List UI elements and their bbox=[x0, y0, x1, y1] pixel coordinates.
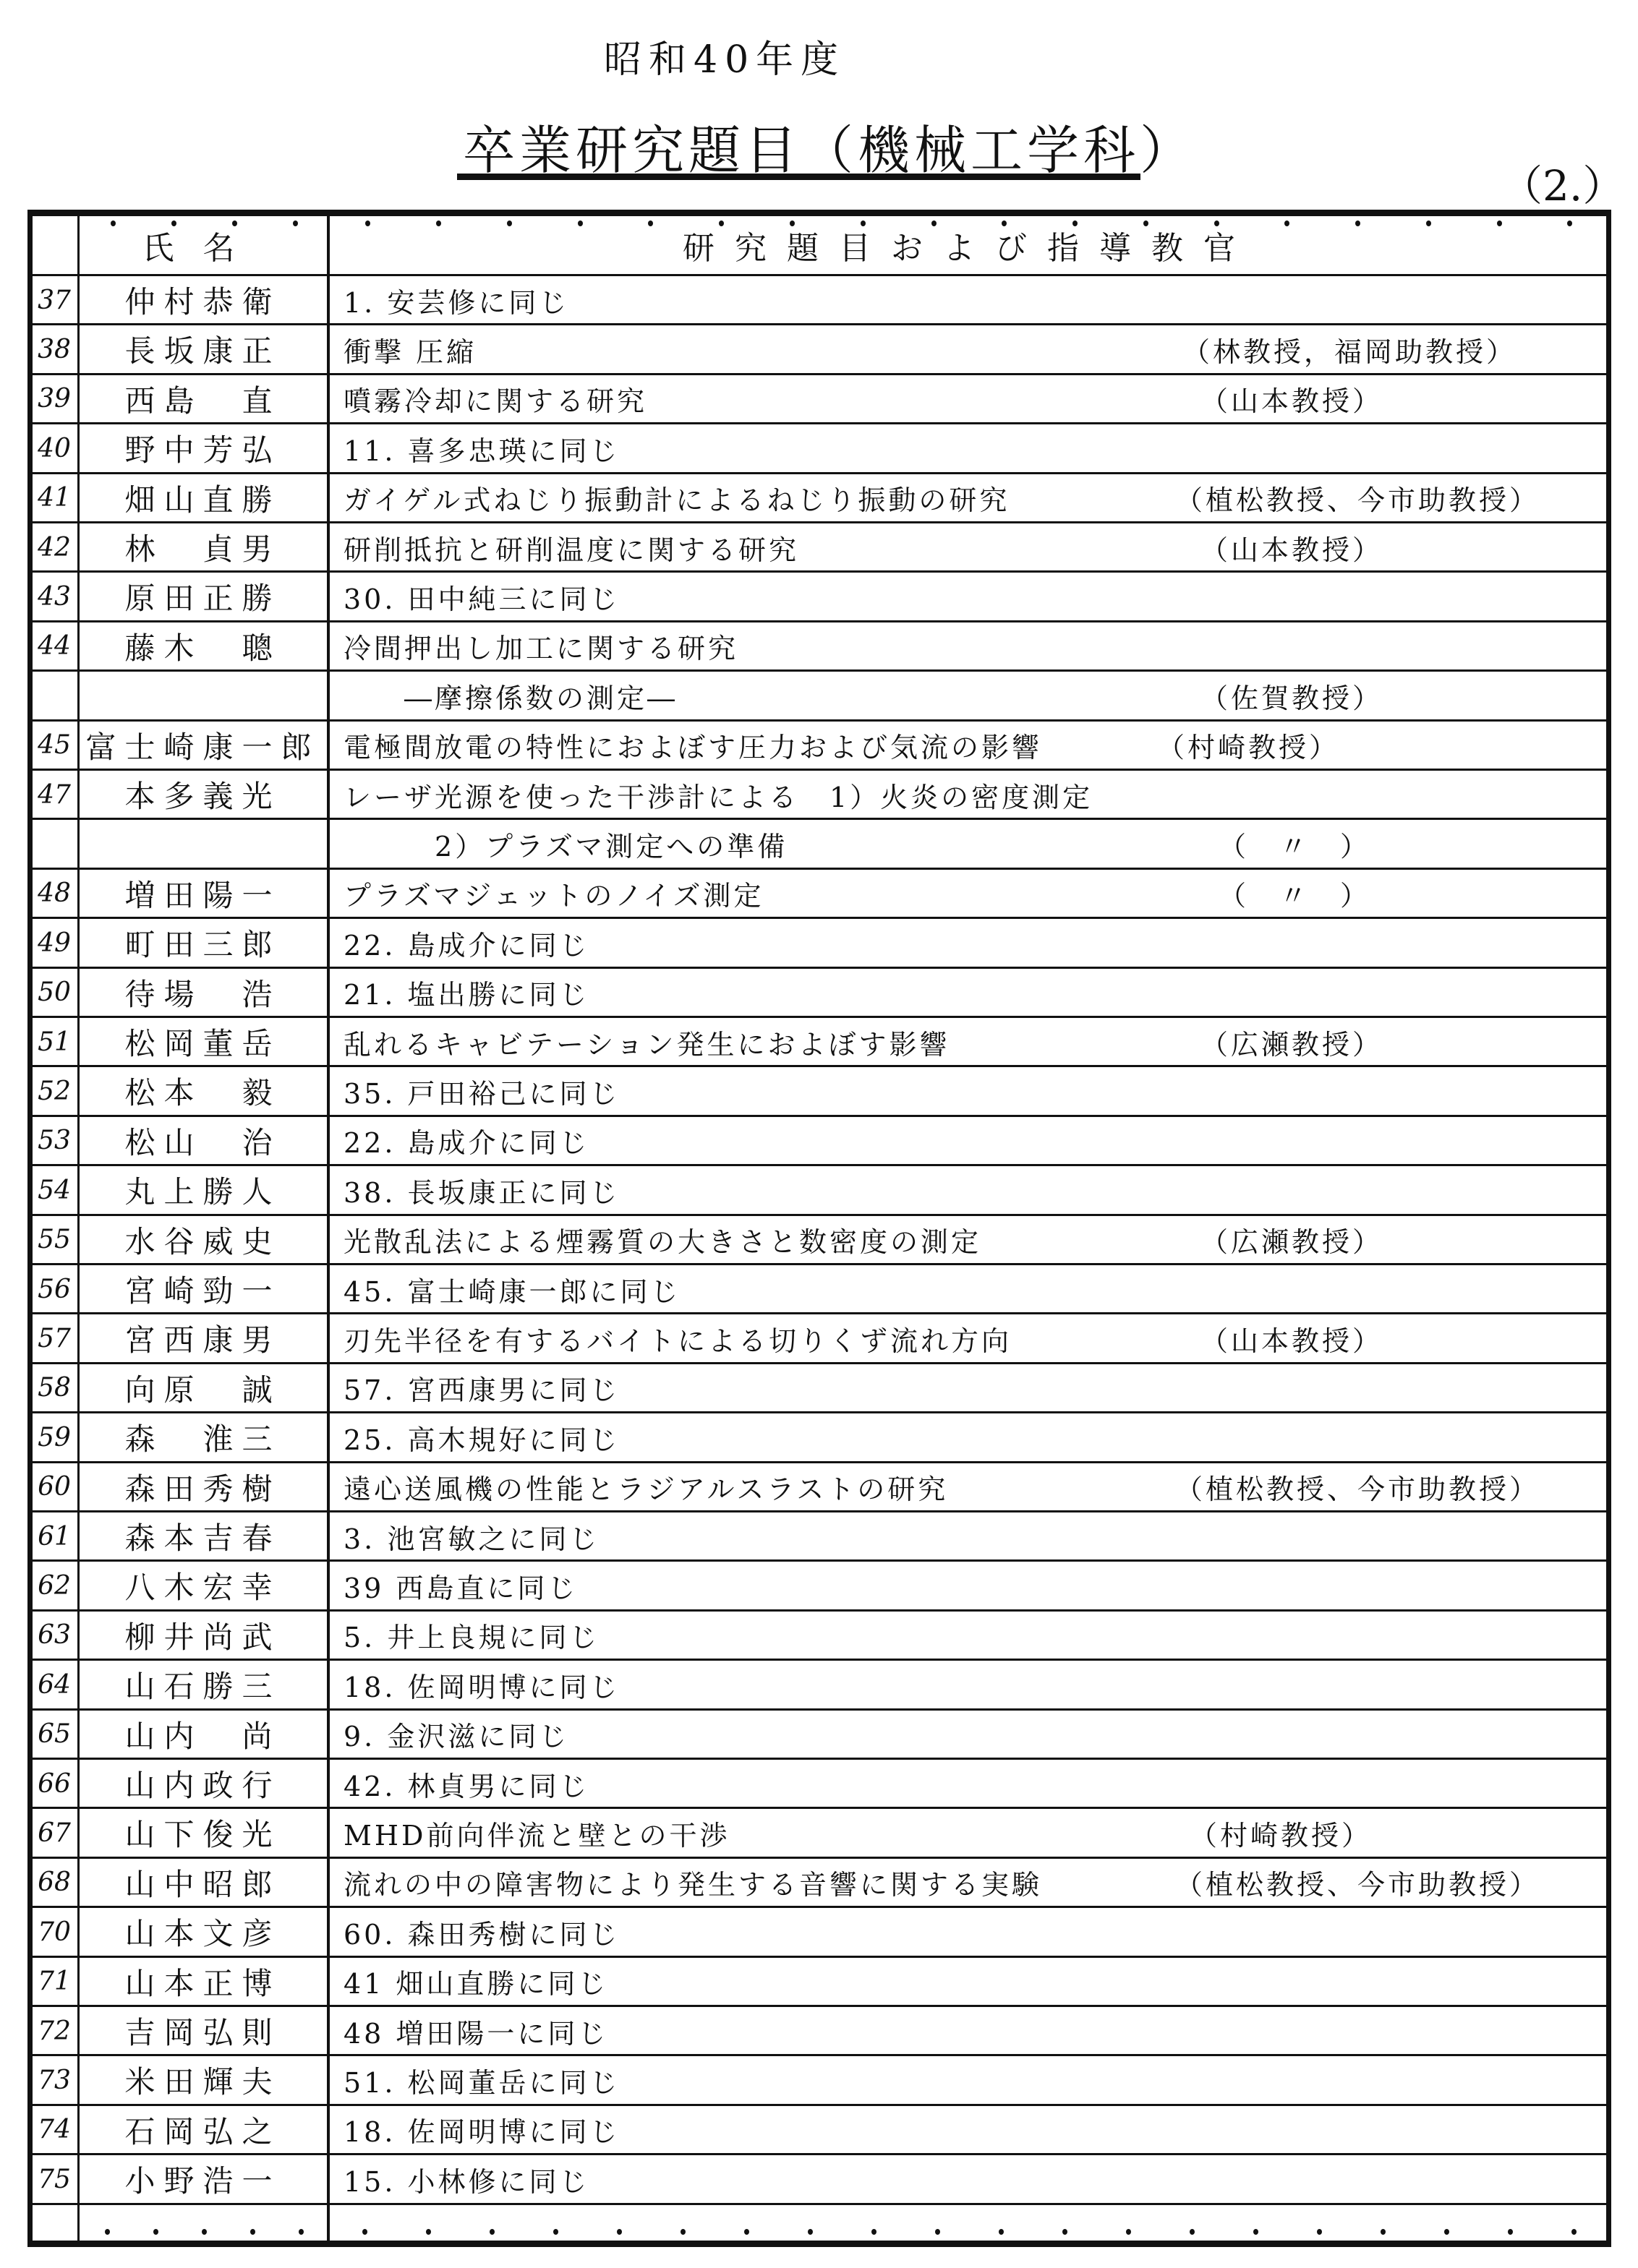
row-number: 59 bbox=[33, 1423, 76, 1452]
student-name: 待場 浩 bbox=[82, 971, 324, 1014]
row-number: 51 bbox=[33, 1027, 76, 1057]
table-row: 37仲村恭衛1. 安芸修に同じ bbox=[33, 275, 1606, 325]
row-number: 61 bbox=[33, 1522, 76, 1552]
row-number: 54 bbox=[33, 1176, 76, 1205]
advisor: （山本教授） bbox=[1200, 379, 1383, 419]
research-topic: 5. 井上良規に同じ bbox=[344, 1615, 600, 1655]
research-topic: レーザ光源を使った干渉計による 1）火炎の密度測定 bbox=[344, 775, 1093, 815]
document-title: 卒業研究題目（機械工学科） bbox=[463, 108, 1196, 184]
table-row: 62八木宏幸39 西島直に同じ bbox=[33, 1561, 1606, 1610]
research-topic: 25. 高木規好に同じ bbox=[344, 1418, 620, 1458]
research-topic: 研削抵抗と研削温度に関する研究 bbox=[344, 528, 799, 568]
row-divider bbox=[33, 2203, 1606, 2205]
student-name: 畑山直勝 bbox=[82, 476, 324, 520]
research-topic: 噴霧冷却に関する研究 bbox=[344, 379, 647, 419]
table-row: 47本多義光レーザ光源を使った干渉計による 1）火炎の密度測定 bbox=[33, 770, 1606, 819]
student-name: 森 淮三 bbox=[82, 1416, 324, 1459]
student-name: 山石勝三 bbox=[82, 1663, 324, 1706]
row-number: 49 bbox=[33, 928, 76, 958]
advisor: （林教授，福岡助教授） bbox=[1182, 330, 1517, 369]
thesis-topic-table: 氏名 研究題目および指導教官 37仲村恭衛1. 安芸修に同じ38長坂康正衝撃 圧… bbox=[27, 210, 1611, 2247]
table-row: 68山中昭郎流れの中の障害物により発生する音響に関する実験（植松教授、今市助教授… bbox=[33, 1858, 1606, 1907]
table-row: 43原田正勝30. 田中純三に同じ bbox=[33, 572, 1606, 621]
student-name: 町田三郎 bbox=[82, 921, 324, 964]
table-row: 51松岡董岳乱れるキャビテーション発生におよぼす影響（広瀬教授） bbox=[33, 1017, 1606, 1066]
table-row: 58向原 誠57. 宮西康男に同じ bbox=[33, 1364, 1606, 1413]
student-name: 藤木 聰 bbox=[82, 625, 324, 668]
research-topic: 60. 森田秀樹に同じ bbox=[344, 1912, 620, 1952]
row-number: 43 bbox=[33, 582, 76, 612]
row-number: 52 bbox=[33, 1077, 76, 1106]
research-topic: 冷間押出し加工に関する研究 bbox=[344, 626, 738, 666]
table-row: 56宮崎勁一45. 富士崎康一郎に同じ bbox=[33, 1264, 1606, 1314]
row-number: 70 bbox=[33, 1917, 76, 1947]
row-number: 53 bbox=[33, 1126, 76, 1155]
table-row: 40野中芳弘11. 喜多忠瑛に同じ bbox=[33, 424, 1606, 473]
advisor: （植松教授、今市助教授） bbox=[1175, 1467, 1540, 1507]
table-row: 73米田輝夫51. 松岡董岳に同じ bbox=[33, 2055, 1606, 2105]
row-number: 71 bbox=[33, 1967, 76, 1996]
table-row: 49町田三郎22. 島成介に同じ bbox=[33, 918, 1606, 967]
research-topic: 22. 島成介に同じ bbox=[344, 923, 590, 963]
research-topic: 18. 佐岡明博に同じ bbox=[344, 1665, 620, 1705]
advisor: （植松教授、今市助教授） bbox=[1175, 478, 1540, 518]
table-row: 57宮西康男刃先半径を有するバイトによる切りくず流れ方向（山本教授） bbox=[33, 1314, 1606, 1363]
research-topic: 光散乱法による煙霧質の大きさと数密度の測定 bbox=[344, 1220, 981, 1259]
page-number: （2.） bbox=[1501, 152, 1624, 213]
advisor: （ 〃 ） bbox=[1219, 824, 1370, 864]
row-number: 42 bbox=[33, 533, 76, 562]
row-number: 65 bbox=[33, 1719, 76, 1749]
table-row: 63柳井尚武5. 井上良規に同じ bbox=[33, 1611, 1606, 1660]
research-topic: プラズマジェットのノイズ測定 bbox=[344, 873, 764, 913]
header-name: 氏名 bbox=[82, 222, 324, 268]
research-topic: 3. 池宮敏之に同じ bbox=[344, 1517, 600, 1557]
table-row: 50待場 浩21. 塩出勝に同じ bbox=[33, 968, 1606, 1017]
title-underline bbox=[457, 174, 1140, 180]
row-number: 58 bbox=[33, 1373, 76, 1403]
row-number: 44 bbox=[33, 631, 76, 661]
row-number: 64 bbox=[33, 1670, 76, 1700]
table-row: ―摩擦係数の測定―（佐賀教授） bbox=[33, 671, 1606, 720]
research-topic: 9. 金沢滋に同じ bbox=[344, 1714, 569, 1754]
table-row: 45富士崎康一郎電極間放電の特性におよぼす圧力および気流の影響（村崎教授） bbox=[33, 721, 1606, 770]
row-number: 57 bbox=[33, 1324, 76, 1353]
row-number: 38 bbox=[33, 335, 76, 364]
advisor: （広瀬教授） bbox=[1200, 1022, 1383, 1062]
research-topic: 流れの中の障害物により発生する音響に関する実験 bbox=[344, 1862, 1042, 1902]
table-row: 42林 貞男研削抵抗と研削温度に関する研究（山本教授） bbox=[33, 523, 1606, 572]
footer-dots-name bbox=[83, 2229, 325, 2235]
table-row: 67山下俊光MHD前向伴流と壁との干渉（村崎教授） bbox=[33, 1808, 1606, 1857]
row-number: 45 bbox=[33, 730, 76, 760]
table-row: 61森本吉春3. 池宮敏之に同じ bbox=[33, 1512, 1606, 1561]
student-name: 宮西康男 bbox=[82, 1317, 324, 1360]
research-topic: 57. 宮西康男に同じ bbox=[344, 1368, 620, 1408]
research-topic: 15. 小林修に同じ bbox=[344, 2160, 590, 2199]
student-name: 山下俊光 bbox=[82, 1811, 324, 1854]
row-number: 50 bbox=[33, 977, 76, 1007]
research-topic: 42. 林貞男に同じ bbox=[344, 1764, 590, 1804]
table-row: 66山内政行42. 林貞男に同じ bbox=[33, 1759, 1606, 1808]
table-row: 52松本 毅35. 戸田裕己に同じ bbox=[33, 1066, 1606, 1116]
student-name: 松山 治 bbox=[82, 1119, 324, 1163]
advisor: （山本教授） bbox=[1200, 1319, 1383, 1358]
student-name: 石岡弘之 bbox=[82, 2108, 324, 2152]
research-topic: ガイゲル式ねじり振動計によるねじり振動の研究 bbox=[344, 478, 1010, 518]
row-number: 40 bbox=[33, 434, 76, 463]
student-name: 八木宏幸 bbox=[82, 1564, 324, 1607]
research-topic: 電極間放電の特性におよぼす圧力および気流の影響 bbox=[344, 725, 1042, 765]
table-row: 65山内 尚9. 金沢滋に同じ bbox=[33, 1710, 1606, 1759]
student-name: 水谷威史 bbox=[82, 1218, 324, 1262]
row-number: 63 bbox=[33, 1620, 76, 1650]
footer-dots-topic bbox=[333, 2229, 1605, 2235]
research-topic: 遠心送風機の性能とラジアルスラストの研究 bbox=[344, 1467, 948, 1507]
research-topic: MHD前向伴流と壁との干渉 bbox=[344, 1813, 730, 1853]
advisor: （広瀬教授） bbox=[1200, 1220, 1383, 1259]
student-name: 山本文彦 bbox=[82, 1910, 324, 1954]
student-name: 仲村恭衛 bbox=[82, 278, 324, 322]
table-row: 70山本文彦60. 森田秀樹に同じ bbox=[33, 1907, 1606, 1956]
student-name: 宮崎勁一 bbox=[82, 1267, 324, 1311]
row-number: 56 bbox=[33, 1275, 76, 1304]
research-topic: 41 畑山直勝に同じ bbox=[344, 1961, 608, 2001]
table-row: 48増田陽一プラズマジェットのノイズ測定（ 〃 ） bbox=[33, 869, 1606, 918]
student-name: 山内政行 bbox=[82, 1762, 324, 1805]
student-name: 長坂康正 bbox=[82, 328, 324, 371]
research-topic: 18. 佐岡明博に同じ bbox=[344, 2110, 620, 2149]
table-row: 60森田秀樹遠心送風機の性能とラジアルスラストの研究（植松教授、今市助教授） bbox=[33, 1463, 1606, 1512]
research-topic: ―摩擦係数の測定― bbox=[344, 676, 678, 716]
student-name: 米田輝夫 bbox=[82, 2058, 324, 2102]
row-number: 55 bbox=[33, 1225, 76, 1254]
row-number: 68 bbox=[33, 1867, 76, 1897]
advisor: （ 〃 ） bbox=[1219, 873, 1370, 913]
table-row: 59森 淮三25. 高木規好に同じ bbox=[33, 1413, 1606, 1462]
row-number: 48 bbox=[33, 878, 76, 908]
research-topic: 11. 喜多忠瑛に同じ bbox=[344, 429, 620, 468]
student-name: 松岡董岳 bbox=[82, 1020, 324, 1064]
table-row: 64山石勝三18. 佐岡明博に同じ bbox=[33, 1660, 1606, 1709]
research-topic: 21. 塩出勝に同じ bbox=[344, 972, 590, 1012]
table-row: 54丸上勝人38. 長坂康正に同じ bbox=[33, 1165, 1606, 1215]
research-topic: 衝撃 圧縮 bbox=[344, 330, 477, 369]
research-topic: 48 増田陽一に同じ bbox=[344, 2011, 608, 2051]
student-name: 柳井尚武 bbox=[82, 1614, 324, 1657]
student-name: 丸上勝人 bbox=[82, 1168, 324, 1212]
row-number: 75 bbox=[33, 2165, 76, 2194]
row-number: 62 bbox=[33, 1571, 76, 1601]
research-topic: 45. 富士崎康一郎に同じ bbox=[344, 1270, 681, 1309]
student-name: 原田正勝 bbox=[82, 575, 324, 618]
advisor: （植松教授、今市助教授） bbox=[1175, 1862, 1540, 1902]
document-year: 昭和40年度 bbox=[604, 29, 845, 83]
research-topic: 51. 松岡董岳に同じ bbox=[344, 2061, 620, 2100]
row-number: 37 bbox=[33, 286, 76, 315]
advisor: （村崎教授） bbox=[1190, 1813, 1372, 1853]
student-name: 西島 直 bbox=[82, 377, 324, 421]
student-name: 吉岡弘則 bbox=[82, 2009, 324, 2053]
advisor: （佐賀教授） bbox=[1200, 676, 1383, 716]
row-number: 47 bbox=[33, 780, 76, 810]
research-topic: 22. 島成介に同じ bbox=[344, 1121, 590, 1160]
row-number: 73 bbox=[33, 2066, 76, 2095]
table-row: 44藤木 聰冷間押出し加工に関する研究 bbox=[33, 622, 1606, 671]
research-topic: 刃先半径を有するバイトによる切りくず流れ方向 bbox=[344, 1319, 1012, 1358]
table-row: 72吉岡弘則48 増田陽一に同じ bbox=[33, 2006, 1606, 2055]
row-number: 39 bbox=[33, 384, 76, 414]
row-number: 41 bbox=[33, 483, 76, 513]
table-row: 55水谷威史光散乱法による煙霧質の大きさと数密度の測定（広瀬教授） bbox=[33, 1215, 1606, 1264]
research-topic: 35. 戸田裕己に同じ bbox=[344, 1071, 620, 1111]
header-number bbox=[33, 222, 76, 268]
student-name: 小野浩一 bbox=[82, 2157, 324, 2201]
student-name: 富士崎康一郎 bbox=[82, 724, 324, 767]
research-topic: 2）プラズマ測定への準備 bbox=[344, 824, 788, 864]
student-name: 本多義光 bbox=[82, 773, 324, 816]
research-topic: 39 西島直に同じ bbox=[344, 1566, 578, 1606]
table-row: 74石岡弘之18. 佐岡明博に同じ bbox=[33, 2105, 1606, 2154]
table-row: 71山本正博41 畑山直勝に同じ bbox=[33, 1957, 1606, 2006]
student-name: 林 貞男 bbox=[82, 526, 324, 569]
student-name: 増田陽一 bbox=[82, 872, 324, 915]
row-number: 60 bbox=[33, 1472, 76, 1502]
research-topic: 乱れるキャビテーション発生におよぼす影響 bbox=[344, 1022, 950, 1062]
table-row: 39西島 直噴霧冷却に関する研究（山本教授） bbox=[33, 375, 1606, 424]
row-number: 74 bbox=[33, 2115, 76, 2144]
student-name: 野中芳弘 bbox=[82, 427, 324, 470]
header-topic-advisor: 研究題目および指導教官 bbox=[333, 222, 1605, 268]
research-topic: 30. 田中純三に同じ bbox=[344, 577, 620, 617]
advisor: （村崎教授） bbox=[1157, 725, 1339, 765]
research-topic: 38. 長坂康正に同じ bbox=[344, 1171, 620, 1210]
table-row: 75小野浩一15. 小林修に同じ bbox=[33, 2154, 1606, 2204]
table-row: 38長坂康正衝撃 圧縮（林教授，福岡助教授） bbox=[33, 325, 1606, 374]
table-row: 41畑山直勝ガイゲル式ねじり振動計によるねじり振動の研究（植松教授、今市助教授） bbox=[33, 474, 1606, 523]
table-row: 53松山 治22. 島成介に同じ bbox=[33, 1116, 1606, 1165]
student-name: 松本 毅 bbox=[82, 1069, 324, 1113]
table-row: 2）プラズマ測定への準備（ 〃 ） bbox=[33, 819, 1606, 868]
student-name: 向原 誠 bbox=[82, 1366, 324, 1410]
row-number: 66 bbox=[33, 1769, 76, 1799]
advisor: （山本教授） bbox=[1200, 528, 1383, 568]
research-topic: 1. 安芸修に同じ bbox=[344, 281, 569, 320]
row-number: 67 bbox=[33, 1818, 76, 1848]
student-name: 森田秀樹 bbox=[82, 1465, 324, 1509]
student-name: 山中昭郎 bbox=[82, 1861, 324, 1904]
row-number: 72 bbox=[33, 2016, 76, 2046]
student-name: 山本正博 bbox=[82, 1960, 324, 2003]
student-name: 森本吉春 bbox=[82, 1515, 324, 1558]
student-name: 山内 尚 bbox=[82, 1713, 324, 1756]
